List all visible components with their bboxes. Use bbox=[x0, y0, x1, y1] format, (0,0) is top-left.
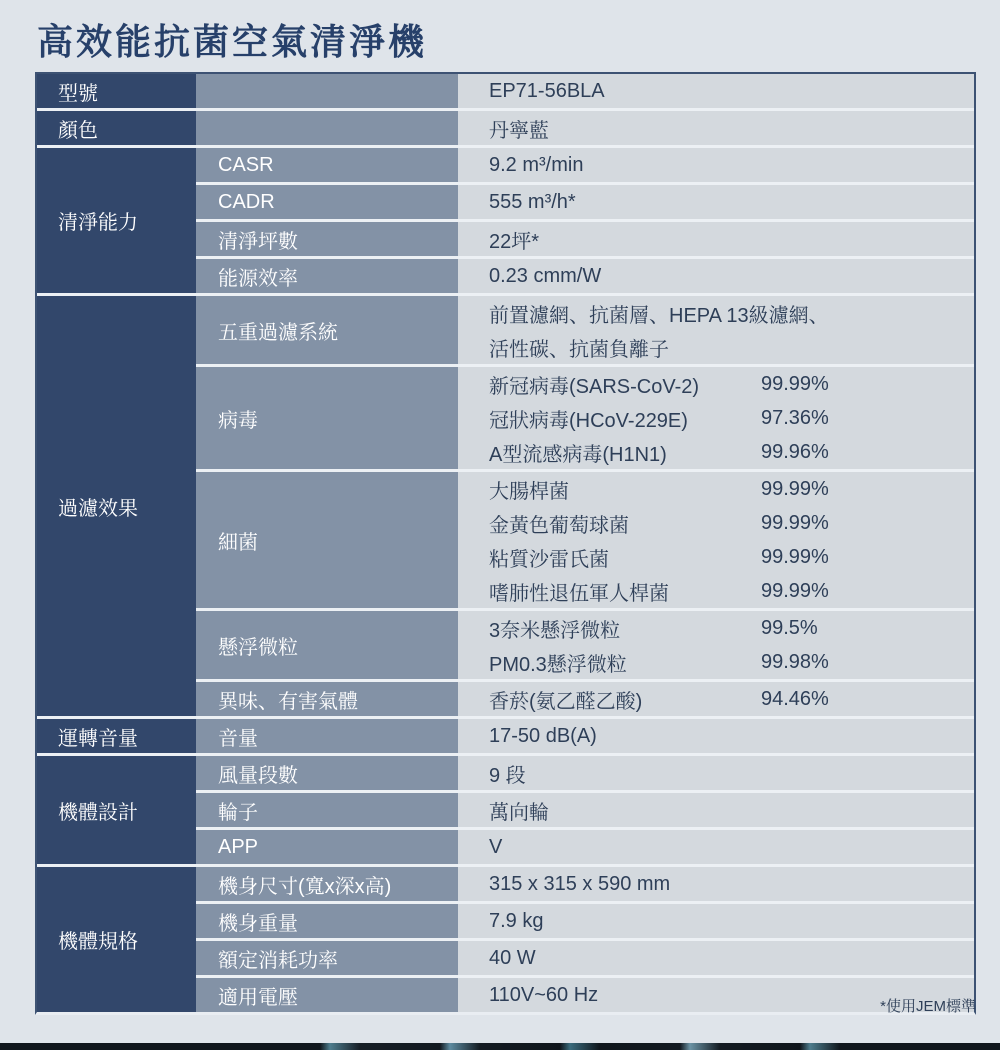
spec-value-text: 新冠病毒(SARS-CoV-2) bbox=[489, 370, 699, 399]
spec-percent: 99.99% bbox=[761, 546, 829, 569]
spec-percent: 99.5% bbox=[761, 617, 818, 640]
spec-value-text: 17-50 dB(A) bbox=[489, 725, 597, 748]
table-row: 機身尺寸(寬x深x高)315 x 315 x 590 mm bbox=[196, 867, 974, 901]
table-row: 丹寧藍 bbox=[196, 111, 974, 145]
spec-item: 9 段 bbox=[489, 756, 974, 790]
spec-label-cell: 細菌 bbox=[196, 472, 458, 608]
spec-label-cell: APP bbox=[196, 830, 458, 864]
spec-percent: 99.96% bbox=[761, 441, 829, 464]
table-row: EP71-56BLA bbox=[196, 74, 974, 108]
spec-value-text: EP71-56BLA bbox=[489, 80, 605, 103]
spec-item: 香菸(氨乙醛乙酸)94.46% bbox=[489, 682, 974, 716]
spec-section: 機體設計風量段數9 段輪子萬向輪APPV bbox=[37, 753, 974, 864]
spec-section: 型號EP71-56BLA bbox=[37, 74, 974, 108]
spec-item: 嗜肺性退伍軍人桿菌99.99% bbox=[489, 574, 974, 608]
spec-label-cell: 機身尺寸(寬x深x高) bbox=[196, 867, 458, 901]
spec-label-cell: 音量 bbox=[196, 719, 458, 753]
spec-value-cell: 22坪* bbox=[458, 222, 974, 256]
spec-label-cell: 五重過濾系統 bbox=[196, 296, 458, 364]
spec-percent: 99.99% bbox=[761, 580, 829, 603]
spec-value-cell: 3奈米懸浮微粒99.5%PM0.3懸浮微粒99.98% bbox=[458, 611, 974, 679]
spec-label-cell: 機身重量 bbox=[196, 904, 458, 938]
spec-value-cell: 香菸(氨乙醛乙酸)94.46% bbox=[458, 682, 974, 716]
spec-label-cell: CASR bbox=[196, 148, 458, 182]
spec-label-cell bbox=[196, 74, 458, 108]
table-row: 額定消耗功率40 W bbox=[196, 938, 974, 975]
category-cell: 過濾效果 bbox=[37, 296, 196, 716]
spec-value-cell: 40 W bbox=[458, 941, 974, 975]
footnote: *使用JEM標準 bbox=[880, 995, 976, 1016]
spec-item: PM0.3懸浮微粒99.98% bbox=[489, 645, 974, 679]
spec-item: 萬向輪 bbox=[489, 793, 974, 827]
table-row: 輪子萬向輪 bbox=[196, 790, 974, 827]
spec-value-text: PM0.3懸浮微粒 bbox=[489, 648, 627, 677]
spec-value-cell: 17-50 dB(A) bbox=[458, 719, 974, 753]
spec-item: 粘質沙雷氏菌99.99% bbox=[489, 540, 974, 574]
spec-percent: 99.98% bbox=[761, 651, 829, 674]
spec-item: 40 W bbox=[489, 941, 974, 975]
spec-section: 清淨能力CASR9.2 m³/minCADR555 m³/h*清淨坪數22坪*能… bbox=[37, 145, 974, 293]
spec-label-cell: 異味、有害氣體 bbox=[196, 682, 458, 716]
spec-value-text: 丹寧藍 bbox=[489, 114, 549, 143]
spec-value-text: 110V~60 Hz bbox=[489, 984, 598, 1007]
spec-item: 22坪* bbox=[489, 222, 974, 256]
spec-value-text: 前置濾網、抗菌層、HEPA 13級濾網、 bbox=[489, 299, 829, 328]
spec-item: 17-50 dB(A) bbox=[489, 719, 974, 753]
spec-value-text: 315 x 315 x 590 mm bbox=[489, 873, 670, 896]
spec-item: V bbox=[489, 830, 974, 864]
spec-value-cell: 9.2 m³/min bbox=[458, 148, 974, 182]
spec-percent: 99.99% bbox=[761, 512, 829, 535]
spec-value-cell: 555 m³/h* bbox=[458, 185, 974, 219]
spec-value-text: 冠狀病毒(HCoV-229E) bbox=[489, 404, 688, 433]
bottom-image-strip bbox=[0, 1043, 1000, 1050]
spec-section: 機體規格機身尺寸(寬x深x高)315 x 315 x 590 mm機身重量7.9… bbox=[37, 864, 974, 1012]
table-row: CASR9.2 m³/min bbox=[196, 148, 974, 182]
spec-table: 型號EP71-56BLA顏色丹寧藍清淨能力CASR9.2 m³/minCADR5… bbox=[35, 72, 976, 1015]
spec-value-text: 萬向輪 bbox=[489, 796, 549, 825]
table-row: 懸浮微粒3奈米懸浮微粒99.5%PM0.3懸浮微粒99.98% bbox=[196, 608, 974, 679]
spec-label-cell bbox=[196, 111, 458, 145]
spec-label-cell: 適用電壓 bbox=[196, 978, 458, 1012]
table-row: 五重過濾系統前置濾網、抗菌層、HEPA 13級濾網、活性碳、抗菌負離子 bbox=[196, 296, 974, 364]
spec-item: 金黃色葡萄球菌99.99% bbox=[489, 506, 974, 540]
spec-value-cell: 新冠病毒(SARS-CoV-2)99.99%冠狀病毒(HCoV-229E)97.… bbox=[458, 367, 974, 469]
spec-value-cell: 丹寧藍 bbox=[458, 111, 974, 145]
spec-label-cell: 清淨坪數 bbox=[196, 222, 458, 256]
table-row: 病毒新冠病毒(SARS-CoV-2)99.99%冠狀病毒(HCoV-229E)9… bbox=[196, 364, 974, 469]
spec-value-cell: EP71-56BLA bbox=[458, 74, 974, 108]
spec-value-cell: 前置濾網、抗菌層、HEPA 13級濾網、活性碳、抗菌負離子 bbox=[458, 296, 974, 364]
spec-label-cell: 病毒 bbox=[196, 367, 458, 469]
spec-item: 前置濾網、抗菌層、HEPA 13級濾網、 bbox=[489, 296, 974, 330]
spec-item: 新冠病毒(SARS-CoV-2)99.99% bbox=[489, 367, 974, 401]
spec-item: 冠狀病毒(HCoV-229E)97.36% bbox=[489, 401, 974, 435]
spec-value-text: 7.9 kg bbox=[489, 910, 543, 933]
spec-value-text: 555 m³/h* bbox=[489, 191, 576, 214]
spec-value-cell: 大腸桿菌99.99%金黃色葡萄球菌99.99%粘質沙雷氏菌99.99%嗜肺性退伍… bbox=[458, 472, 974, 608]
spec-value-cell: 7.9 kg bbox=[458, 904, 974, 938]
spec-value-text: 40 W bbox=[489, 947, 536, 970]
table-row: 細菌大腸桿菌99.99%金黃色葡萄球菌99.99%粘質沙雷氏菌99.99%嗜肺性… bbox=[196, 469, 974, 608]
spec-value-text: 22坪* bbox=[489, 225, 539, 254]
spec-item: 315 x 315 x 590 mm bbox=[489, 867, 974, 901]
spec-item: 3奈米懸浮微粒99.5% bbox=[489, 611, 974, 645]
spec-label-cell: 額定消耗功率 bbox=[196, 941, 458, 975]
spec-value-text: 9 段 bbox=[489, 759, 526, 788]
spec-value-text: 香菸(氨乙醛乙酸) bbox=[489, 685, 642, 714]
spec-value-text: V bbox=[489, 836, 502, 859]
spec-percent: 99.99% bbox=[761, 478, 829, 501]
page-title: 高效能抗菌空氣清淨機 bbox=[37, 14, 427, 65]
spec-label-cell: 風量段數 bbox=[196, 756, 458, 790]
spec-value-cell: 0.23 cmm/W bbox=[458, 259, 974, 293]
category-cell: 顏色 bbox=[37, 111, 196, 145]
spec-value-cell: 9 段 bbox=[458, 756, 974, 790]
spec-value-cell: 315 x 315 x 590 mm bbox=[458, 867, 974, 901]
spec-percent: 97.36% bbox=[761, 407, 829, 430]
spec-item: EP71-56BLA bbox=[489, 74, 974, 108]
table-row: CADR555 m³/h* bbox=[196, 182, 974, 219]
spec-label-cell: 輪子 bbox=[196, 793, 458, 827]
spec-value-text: 活性碳、抗菌負離子 bbox=[489, 333, 669, 362]
spec-value-cell: V bbox=[458, 830, 974, 864]
spec-percent: 99.99% bbox=[761, 373, 829, 396]
spec-item: 丹寧藍 bbox=[489, 111, 974, 145]
table-row: 清淨坪數22坪* bbox=[196, 219, 974, 256]
spec-label-cell: 懸浮微粒 bbox=[196, 611, 458, 679]
category-cell: 運轉音量 bbox=[37, 719, 196, 753]
category-cell: 清淨能力 bbox=[37, 148, 196, 293]
spec-item: 9.2 m³/min bbox=[489, 148, 974, 182]
category-cell: 型號 bbox=[37, 74, 196, 108]
table-row: 異味、有害氣體香菸(氨乙醛乙酸)94.46% bbox=[196, 679, 974, 716]
spec-item: A型流感病毒(H1N1)99.96% bbox=[489, 435, 974, 469]
table-row: 適用電壓110V~60 Hz bbox=[196, 975, 974, 1012]
table-row: APPV bbox=[196, 827, 974, 864]
table-row: 音量17-50 dB(A) bbox=[196, 719, 974, 753]
spec-value-text: A型流感病毒(H1N1) bbox=[489, 438, 667, 467]
table-row: 風量段數9 段 bbox=[196, 756, 974, 790]
spec-section: 運轉音量音量17-50 dB(A) bbox=[37, 716, 974, 753]
spec-value-text: 大腸桿菌 bbox=[489, 475, 569, 504]
spec-value-text: 嗜肺性退伍軍人桿菌 bbox=[489, 577, 669, 606]
category-cell: 機體設計 bbox=[37, 756, 196, 864]
spec-label-cell: CADR bbox=[196, 185, 458, 219]
spec-value-text: 金黃色葡萄球菌 bbox=[489, 509, 629, 538]
spec-section: 過濾效果五重過濾系統前置濾網、抗菌層、HEPA 13級濾網、活性碳、抗菌負離子病… bbox=[37, 293, 974, 716]
spec-percent: 94.46% bbox=[761, 688, 829, 711]
spec-value-cell: 萬向輪 bbox=[458, 793, 974, 827]
table-row: 機身重量7.9 kg bbox=[196, 901, 974, 938]
spec-label-cell: 能源效率 bbox=[196, 259, 458, 293]
spec-value-text: 0.23 cmm/W bbox=[489, 265, 601, 288]
spec-item: 555 m³/h* bbox=[489, 185, 974, 219]
spec-section: 顏色丹寧藍 bbox=[37, 108, 974, 145]
spec-item: 活性碳、抗菌負離子 bbox=[489, 330, 974, 364]
spec-value-text: 3奈米懸浮微粒 bbox=[489, 614, 620, 643]
spec-item: 0.23 cmm/W bbox=[489, 259, 974, 293]
category-cell: 機體規格 bbox=[37, 867, 196, 1012]
spec-item: 大腸桿菌99.99% bbox=[489, 472, 974, 506]
spec-value-text: 粘質沙雷氏菌 bbox=[489, 543, 609, 572]
spec-item: 7.9 kg bbox=[489, 904, 974, 938]
spec-value-text: 9.2 m³/min bbox=[489, 154, 583, 177]
table-row: 能源效率0.23 cmm/W bbox=[196, 256, 974, 293]
